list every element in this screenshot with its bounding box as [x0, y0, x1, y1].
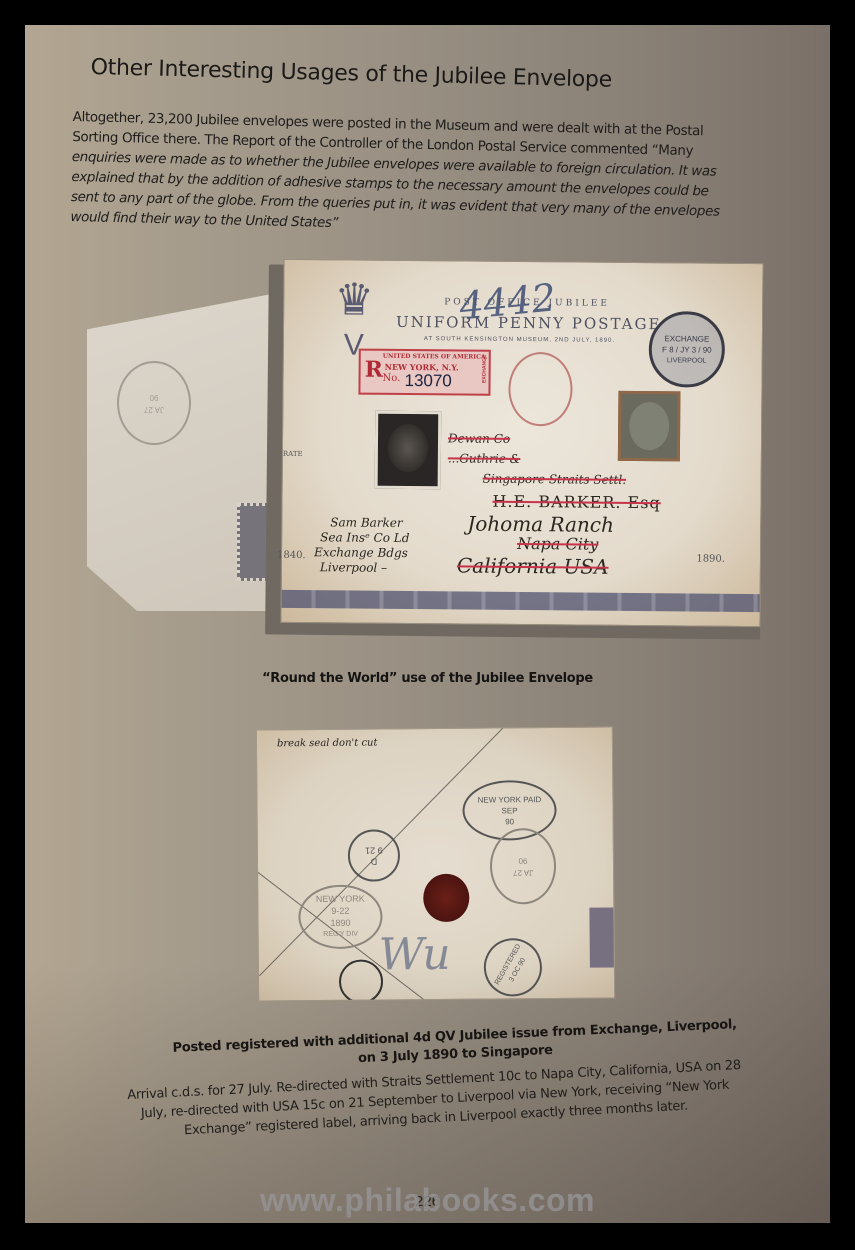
qv-4d-jubilee-stamp-icon — [618, 391, 681, 462]
struck-address-line: Dewan Co — [448, 431, 510, 446]
postmark-line: 90 — [478, 816, 542, 828]
sender-line: Liverpool – — [320, 560, 387, 575]
year-right: 1890. — [696, 554, 725, 565]
postmark-middle: F 8 / JY 3 / 90 — [662, 344, 712, 355]
postmark-top: EXCHANGE — [662, 333, 712, 344]
sender-line: Sea Insᵉ Co Ld — [320, 530, 409, 545]
postmark-bottom: LIVERPOOL — [662, 355, 712, 366]
postmark-arrival-back: JA 2790 — [490, 828, 557, 905]
postmark-registered-liverpool: REGISTERED 3 OC 90 — [473, 928, 552, 1002]
address-line-2: Johoma Ranch — [467, 512, 614, 537]
handwritten-note: break seal don't cut — [277, 738, 378, 750]
figure1-caption: “Round the World” use of the Jubilee Env… — [25, 671, 830, 686]
envelope-header-sub: AT SOUTH KENSINGTON MUSEUM, 2ND JULY, 18… — [424, 336, 615, 344]
postmark-line: 1890 — [316, 917, 365, 929]
page-title: Other Interesting Usages of the Jubilee … — [90, 55, 612, 93]
postmark-arrival: JA 2790 — [117, 361, 191, 445]
intro-paragraph: Altogether, 23,200 Jubilee envelopes wer… — [70, 107, 743, 242]
registration-side: EXCHANGE — [482, 355, 488, 383]
postmark-line: SEP — [478, 805, 542, 817]
envelope-front-image: JA 2790 ♛V POST OFFICE JUBILEE UNIFORM P… — [87, 261, 777, 661]
sender-line: Exchange Bdgs — [314, 545, 408, 560]
registration-prefix: No. — [383, 373, 401, 384]
postmark-exchange-liverpool: EXCHANGE F 8 / JY 3 / 90 LIVERPOOL — [648, 311, 725, 388]
postmark-line: NEW YORK PAID — [478, 794, 542, 806]
usa-15c-stamp-icon — [375, 411, 442, 490]
postmark-line: 9-22 — [316, 905, 365, 917]
envelope-back-image: break seal don't cut NEW YORK PAID SEP 9… — [256, 726, 615, 1001]
wax-seal-icon — [423, 874, 469, 922]
train-illustration-icon — [282, 590, 760, 612]
handwritten-number: 4442 — [457, 275, 557, 328]
address-line-3: Napa City — [517, 534, 598, 554]
pencil-scribble: Wu — [379, 929, 451, 981]
qv-stamp-icon — [589, 907, 615, 967]
postmark-small — [339, 959, 383, 1001]
year-left: 1840. — [277, 550, 306, 561]
book-page: Other Interesting Usages of the Jubilee … — [25, 25, 830, 1223]
registration-number: 13070 — [404, 371, 451, 391]
red-postmark — [508, 352, 573, 427]
registration-label: R UNITED STATES OF AMERICA. NEW YORK, N.… — [358, 349, 490, 396]
struck-address-line: Singapore Straits Settl. — [483, 472, 626, 487]
postmark-newyork-registered: NEW YORK 9-22 1890 REG'Y DIV — [298, 884, 383, 949]
address-line-1: H.E. BARKER. Esq — [492, 492, 660, 512]
postmark-line: REG'Y DIV — [316, 929, 365, 941]
rate-text: RATE — [283, 450, 303, 458]
sender-line: Sam Barker — [330, 515, 403, 530]
postmark-line: NEW YORK — [316, 893, 365, 905]
envelope-front: ♛V POST OFFICE JUBILEE UNIFORM PENNY POS… — [280, 259, 763, 627]
watermark-link: www.philabooks.com — [25, 1182, 830, 1219]
registration-line1: UNITED STATES OF AMERICA. — [383, 353, 488, 361]
struck-address-line: ...Guthrie & — [448, 451, 521, 466]
registration-letter: R — [365, 357, 384, 383]
postmark-d-mark: D9 21 — [348, 829, 400, 881]
envelope-flap: JA 2790 — [87, 291, 287, 611]
address-line-4: California USA — [457, 553, 609, 578]
